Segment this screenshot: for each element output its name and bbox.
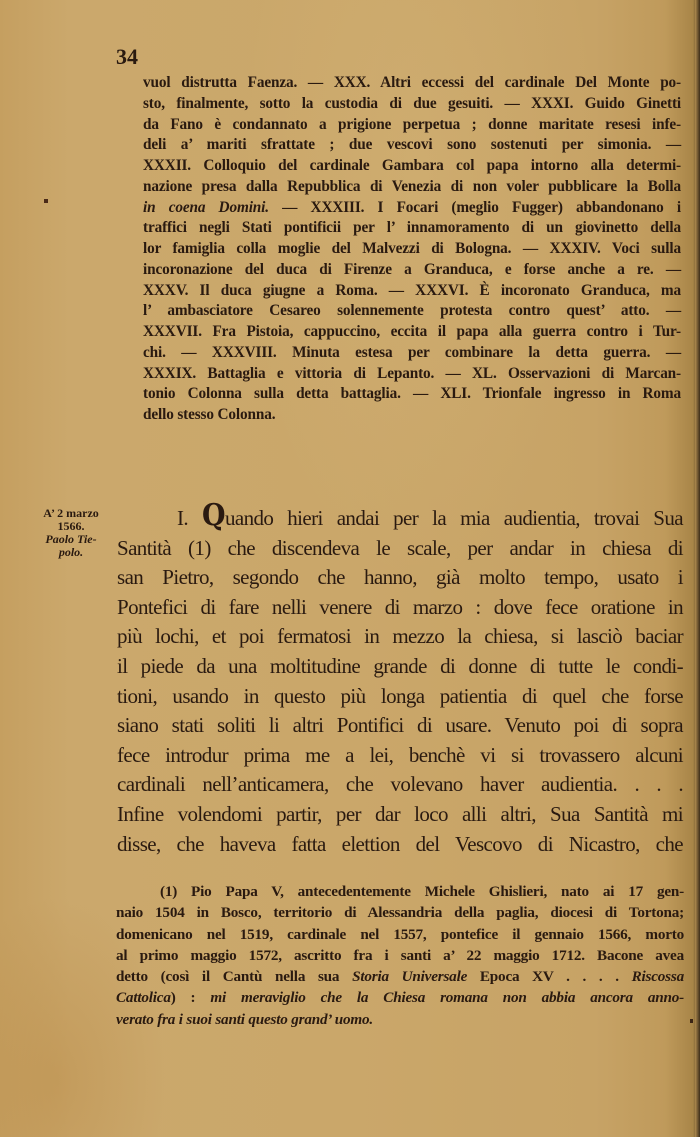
summary-line: sto, finalmente, sotto la custodia di du… <box>143 94 681 115</box>
footnote-line: detto (così il Cantù nella sua Storia Un… <box>116 966 684 987</box>
footnote-line: (1) Pio Papa V, antecedentemente Michele… <box>116 881 684 902</box>
body-line: fece introdur prima me a lei, benchè vi … <box>117 741 683 771</box>
footnote-line: verato fra i suoi santi questo grand’ uo… <box>116 1009 684 1030</box>
section-numeral: I. <box>177 506 188 530</box>
body-line: Pontefici di fare nelli venere di marzo … <box>117 593 683 623</box>
summary-line: traffici negli Stati pontificii per l’ i… <box>143 218 681 239</box>
summary-line: lor famiglia colla moglie del Malvezzi d… <box>143 239 681 260</box>
footnote-text: ) : <box>171 989 211 1006</box>
marginal-author: polo. <box>30 546 112 559</box>
body-line: tioni, usando in questo più longa patien… <box>117 682 683 712</box>
summary-line: tonio Colonna sulla detta battaglia. — X… <box>143 384 681 405</box>
summary-line: incoronazione del duca di Firenze a Gran… <box>143 260 681 281</box>
ink-speck <box>44 199 48 203</box>
book-page: 34 vuol distrutta Faenza. — XXX. Altri e… <box>0 0 700 1137</box>
body-line: san Pietro, segondo che hanno, già molto… <box>117 563 683 593</box>
summary-line: deli a’ mariti sfrattate ; due vescovi s… <box>143 135 681 156</box>
body-text: uando hieri andai per la mia audientia, … <box>225 506 683 530</box>
summary-line: da Fano è condannato a prigione perpetua… <box>143 115 681 136</box>
drop-cap: Q <box>202 498 225 533</box>
page-edge-shadow <box>695 0 700 1137</box>
summary-line: l’ ambasciatore Cesareo solennemente pro… <box>143 301 681 322</box>
footnote-line: naio 1504 in Bosco, territorio di Alessa… <box>116 902 684 923</box>
section-title: Riscossa <box>632 968 684 985</box>
body-line: Infine volendomi partir, per dar loco al… <box>117 800 683 830</box>
footnote-line: Cattolica) : mi meraviglio che la Chiesa… <box>116 987 684 1008</box>
footnote-line: al primo maggio 1572, ascritto fra i san… <box>116 945 684 966</box>
quotation: verato fra i suoi santi questo grand’ uo… <box>116 1011 373 1028</box>
italic-phrase: in coena Domini. <box>143 199 269 216</box>
body-line: disse, che haveva fatta elettion del Ves… <box>117 830 683 860</box>
footnote-text: Epoca XV . . . . <box>467 968 631 985</box>
page-number: 34 <box>116 44 138 70</box>
ink-speck <box>690 1019 693 1023</box>
summary-line: dello stesso Colonna. <box>143 405 681 426</box>
body-line: cardinali nell’anticamera, che volevano … <box>117 770 683 800</box>
summary-line: XXXV. Il duca giugne a Roma. — XXXVI. È … <box>143 281 681 302</box>
summary-line: in coena Domini. — XXXIII. I Focari (meg… <box>143 198 681 219</box>
footnote: (1) Pio Papa V, antecedentemente Michele… <box>116 881 684 1030</box>
summary-text: — XXXIII. I Focari (meglio Fugger) abban… <box>269 199 681 216</box>
footnote-line: domenicano nel 1519, cardinale nel 1557,… <box>116 924 684 945</box>
book-title: Storia Universale <box>352 968 467 985</box>
summary-line: vuol distrutta Faenza. — XXX. Altri ecce… <box>143 73 681 94</box>
letter-body: I. Quando hieri andai per la mia audient… <box>117 504 683 859</box>
body-line: più lochi, et poi fermatosi in mezzo la … <box>117 622 683 652</box>
quotation: mi meraviglio che la Chiesa romana non a… <box>210 989 684 1006</box>
marginal-note: A’ 2 marzo 1566. Paolo Tie- polo. <box>30 507 112 559</box>
body-line: siano stati soliti li altri Pontifici di… <box>117 711 683 741</box>
footnote-text: detto (così il Cantù nella sua <box>116 968 352 985</box>
summary-line: XXXII. Colloquio del cardinale Gambara c… <box>143 156 681 177</box>
chapter-summary: vuol distrutta Faenza. — XXX. Altri ecce… <box>143 73 681 426</box>
body-line: Santità (1) che discendeva le scale, per… <box>117 534 683 564</box>
body-line: il piede da una moltitudine grande di do… <box>117 652 683 682</box>
summary-line: chi. — XXXVIII. Minuta estesa per combin… <box>143 343 681 364</box>
summary-line: nazione presa dalla Repubblica di Venezi… <box>143 177 681 198</box>
summary-line: XXXIX. Battaglia e vittoria di Lepanto. … <box>143 364 681 385</box>
section-title: Cattolica <box>116 989 171 1006</box>
summary-line: XXXVII. Fra Pistoia, cappuccino, eccita … <box>143 322 681 343</box>
body-line: I. Quando hieri andai per la mia audient… <box>117 504 683 534</box>
